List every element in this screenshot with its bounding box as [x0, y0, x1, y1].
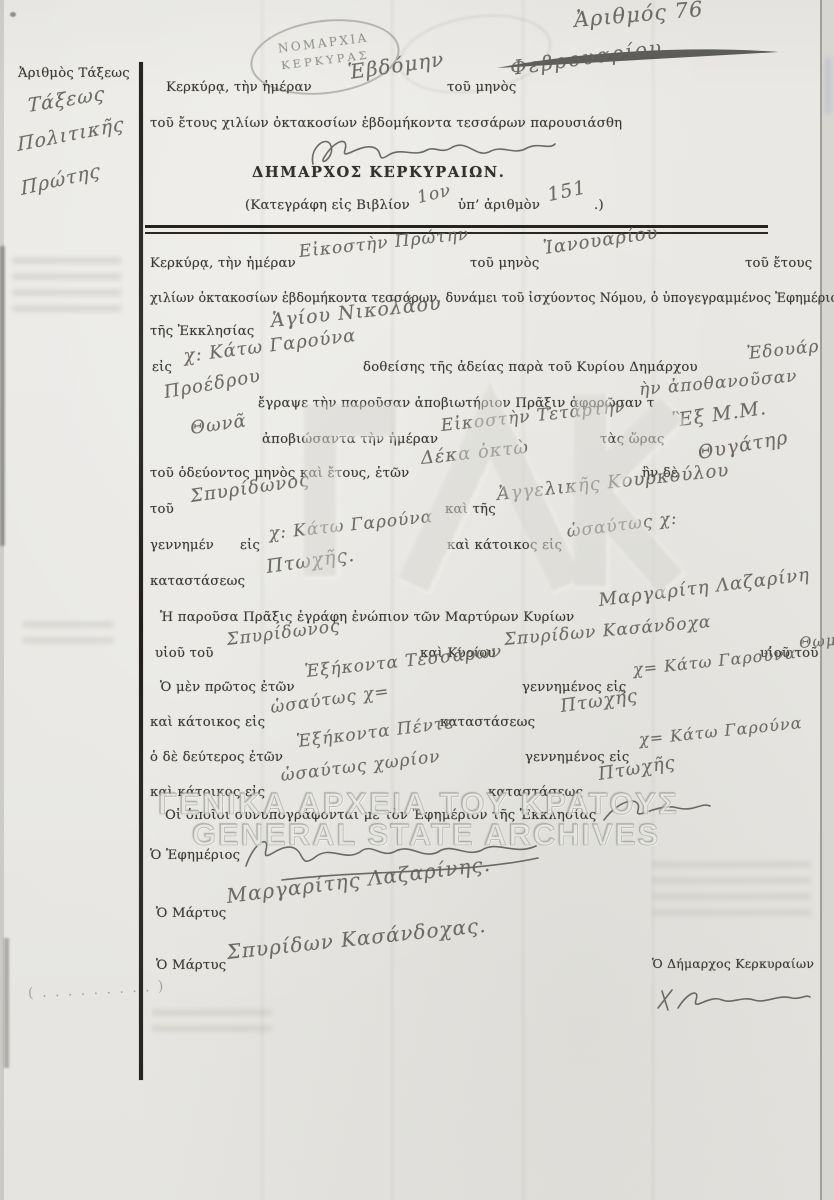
registered-close-paren: .) — [594, 198, 604, 213]
church-label: τῆς Ἐκκλησίας — [150, 324, 254, 339]
second-witness-age-handwritten: Ἑξήκοντα Πέντε — [296, 713, 456, 752]
witness2-signature-handwritten: Σπυρίδων Κασάνδοχας. — [225, 913, 487, 964]
mayor-signature — [650, 976, 815, 1028]
ink-speck — [10, 12, 16, 17]
bleedthrough-text-smudge — [648, 852, 816, 970]
relation-handwritten: Θυγάτηρ — [696, 426, 790, 464]
son-of-label-1: υἱοῦ τοῦ — [155, 646, 214, 661]
village-preposition: εἰς — [152, 360, 172, 375]
registry-number-handwritten: Ἀριθμός 76 — [573, 0, 704, 32]
order-number-handwritten-1: Τάξεως — [28, 83, 106, 117]
book-number-handwritten: 1ον — [415, 180, 453, 208]
first-witness-resident-label: καὶ κάτοικος εἰς — [150, 715, 265, 730]
vertical-margin-rule — [139, 62, 143, 1080]
archives-watermark-english: GENERAL STATE ARCHIVES — [192, 817, 660, 853]
bleedthrough-text-smudge — [18, 612, 118, 648]
right-page-edge-line — [820, 0, 822, 1200]
second-witness-residence-handwritten: ὡσαύτως χωρίον — [280, 747, 442, 786]
order-number-handwritten-2: Πολιτικῆς — [17, 113, 125, 156]
header-place-date-text: Κερκύρᾳ, τὴν ἡμέραν — [166, 80, 312, 95]
second-witness-birthplace-handwritten: χ= Κάτω Γαρούνα — [638, 713, 803, 749]
state-archives-emblem-watermark — [230, 360, 710, 660]
first-witness-age-label: Ὁ μὲν πρῶτος ἐτῶν — [160, 680, 295, 695]
mayor-of-corfiots-heading: ΔΗΜΑΡΧΟΣ ΚΕΡΚΥΡΑΙΩΝ. — [252, 164, 505, 181]
body-place-date-text: Κερκύρᾳ, τὴν ἡμέραν — [150, 256, 296, 271]
witness1-label: Ὁ Μάρτυς — [156, 906, 226, 921]
faint-parenthetical-note: ( . . . . . . . . . ) — [28, 978, 166, 1001]
bleedthrough-text-smudge — [8, 248, 126, 348]
witness2-father-handwritten: Θωμᾶ — [798, 630, 834, 652]
scanned-document-page: Ἀριθμός 76 ΝΟΜΑΡΧΙΑ ΚΕΡΚΥΡΑΣ Ἀριθμὸς Τάξ… — [0, 0, 834, 1200]
right-page-margin-strip — [822, 0, 834, 1200]
witness2-label: Ὁ Μάρτυς — [156, 958, 226, 973]
left-edge-shadow-upper — [0, 246, 5, 546]
order-number-label: Ἀριθμὸς Τάξεως — [18, 66, 130, 81]
mayor-name-handwritten: Ἐδουάρ — [746, 337, 820, 364]
body-year-law-text: χιλίων ὀκτακοσίων ἑβδομήκοντα τεσσάρων, … — [150, 290, 834, 305]
order-number-handwritten-3: Πρώτης — [20, 159, 102, 200]
body-year-label: τοῦ ἔτους — [745, 256, 812, 271]
second-witness-age-label: ὁ δὲ δεύτερος ἐτῶν — [150, 750, 283, 765]
left-edge-shadow-lower — [4, 938, 9, 1068]
under-number-text: ὑπ’ ἀριθμὸν — [458, 198, 540, 213]
father-of-label: τοῦ — [150, 502, 174, 517]
body-month-label: τοῦ μηνὸς — [470, 256, 540, 271]
mayor-label: Ὁ Δήμαρχος Κερκυραίων — [652, 956, 814, 971]
header-month-label: τοῦ μηνὸς — [447, 80, 517, 95]
bleedthrough-blue-smudge — [824, 58, 832, 114]
registered-in-book-text: (Κατεγράφη εἰς Βιβλίον — [245, 198, 410, 213]
bleedthrough-text-smudge — [148, 1000, 276, 1040]
born-label: γεννημέν — [150, 538, 214, 553]
act-number-handwritten: 151 — [545, 176, 588, 206]
header-year-text: τοῦ ἔτους χιλίων ὀκτακοσίων ἑβδομήκοντα … — [150, 116, 622, 131]
corner-crease-line — [744, 2, 834, 24]
